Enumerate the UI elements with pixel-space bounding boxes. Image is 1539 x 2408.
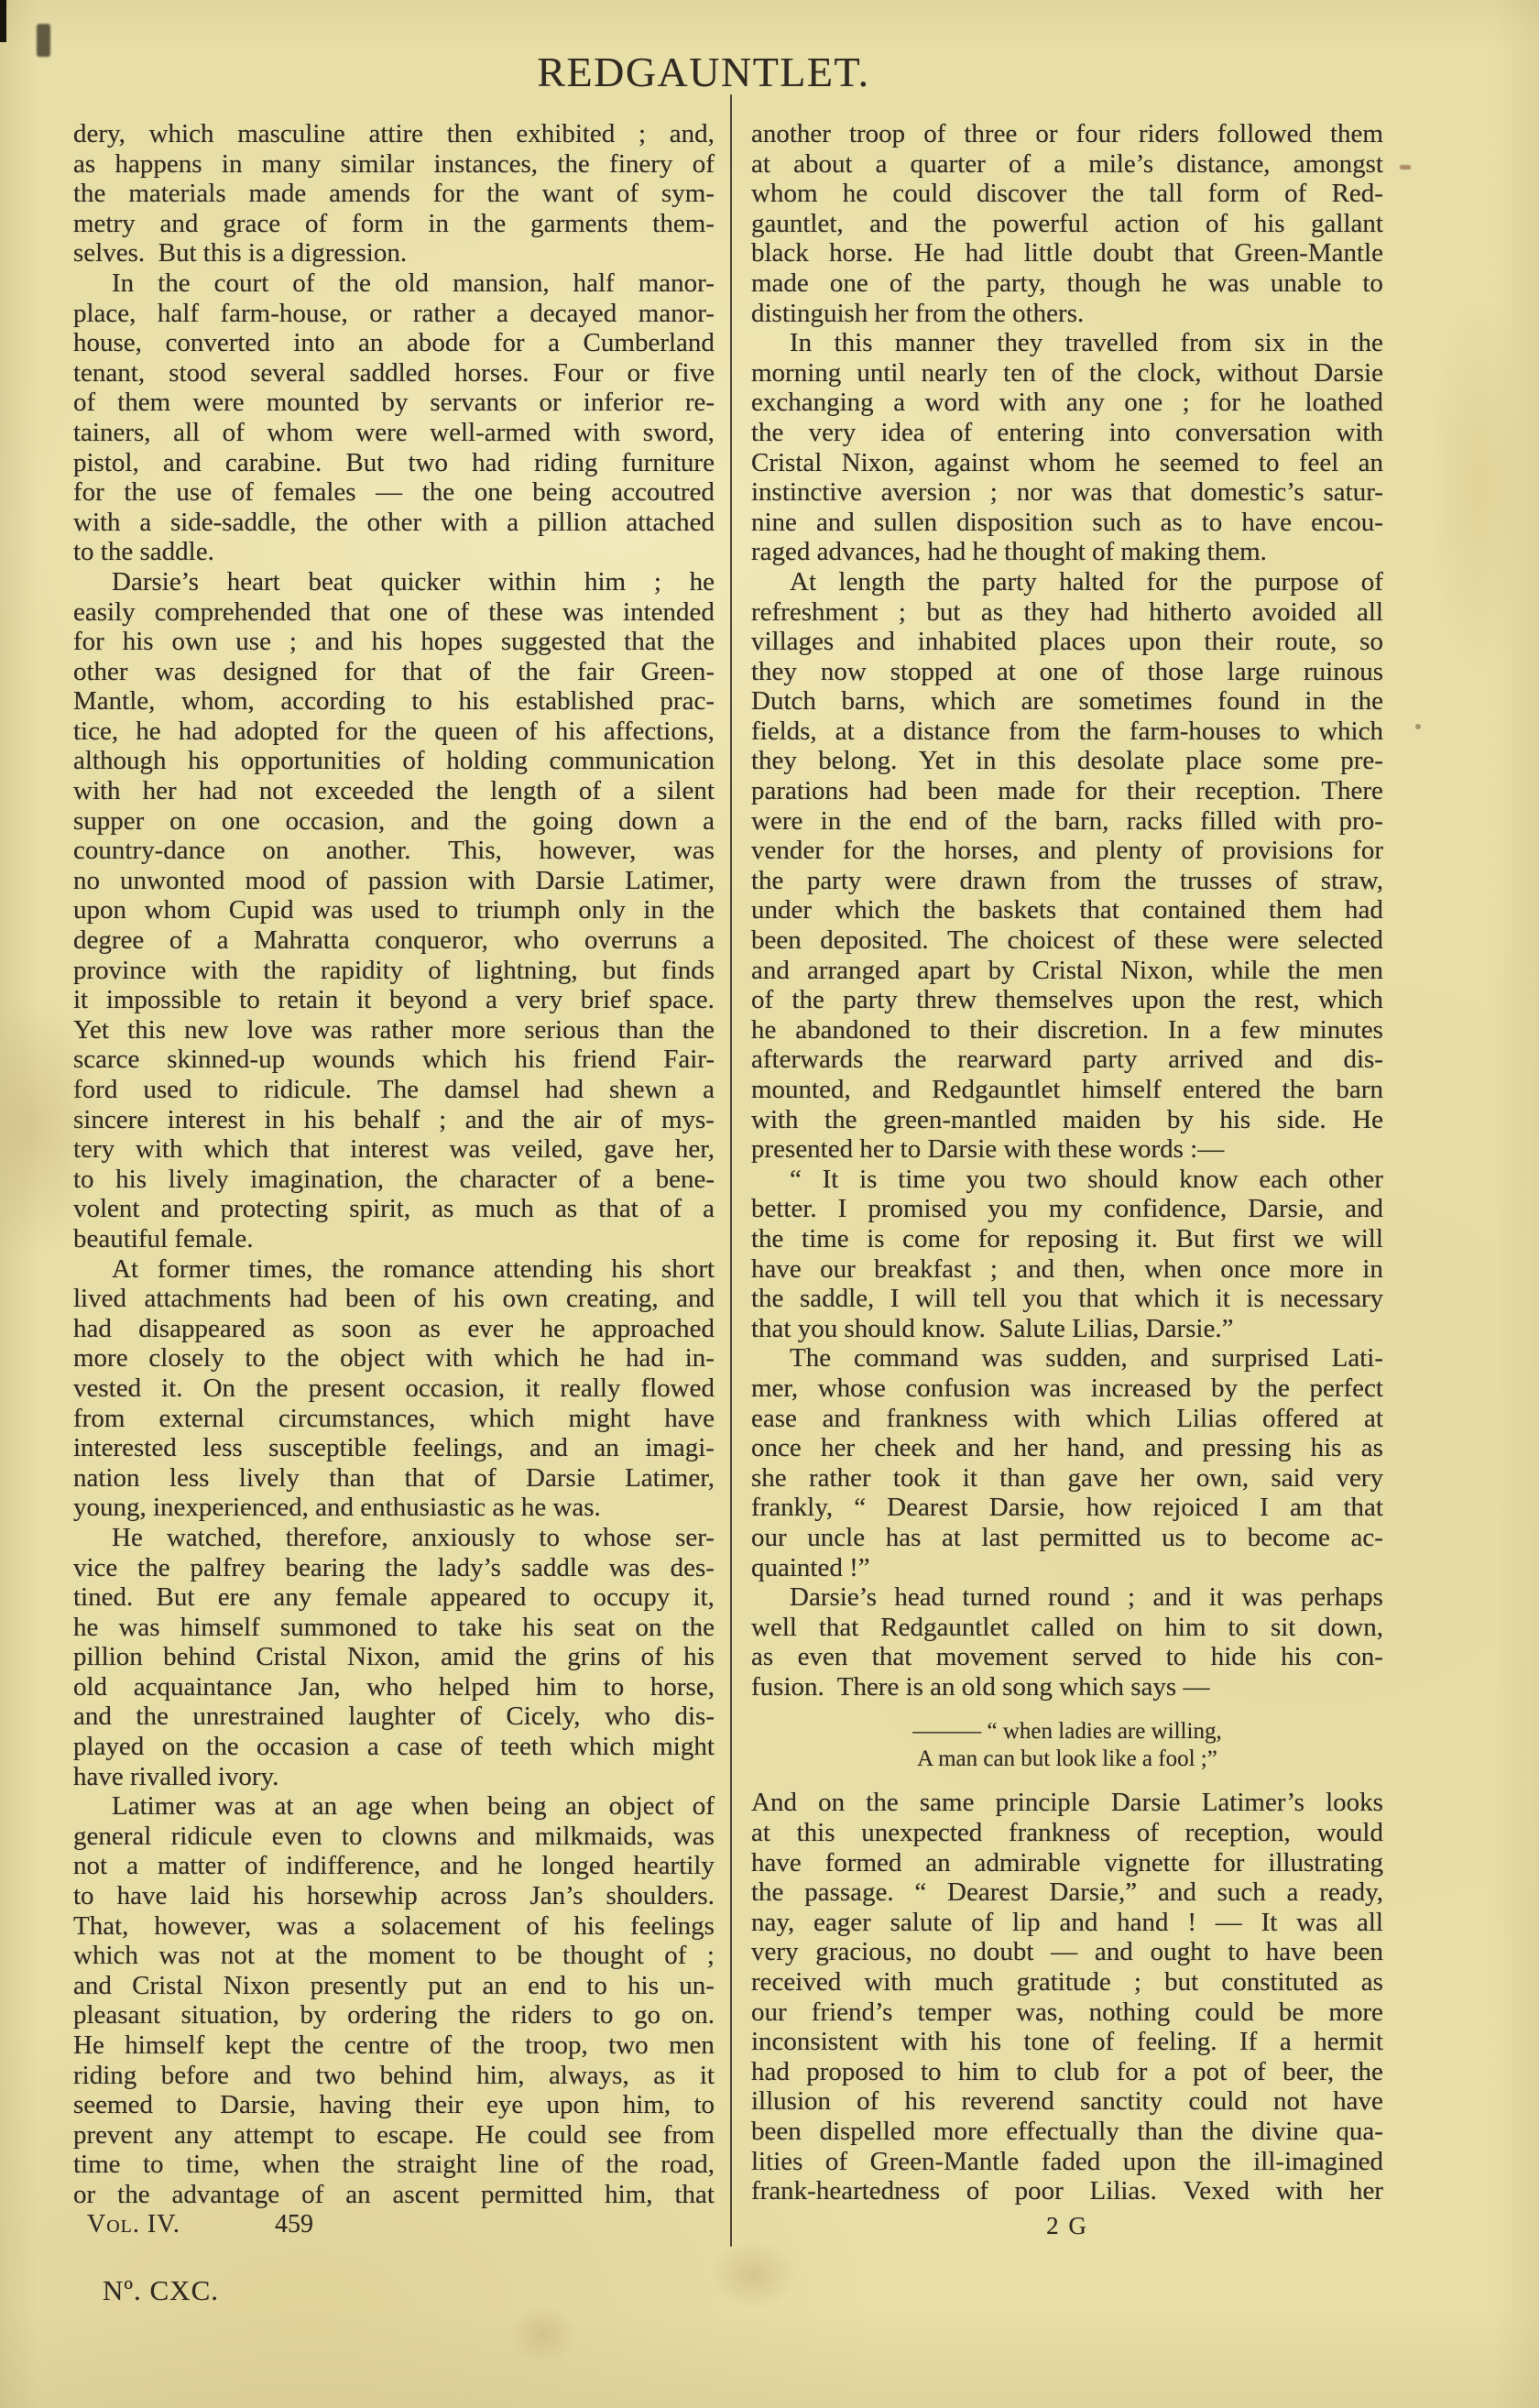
word: Four — [553, 358, 604, 389]
word: to — [411, 686, 432, 717]
word: the — [472, 2030, 504, 2061]
word: of — [1137, 1818, 1159, 1848]
word: carabine. — [225, 448, 322, 478]
text-line: young, inexperienced, and enthusiastic a… — [73, 1493, 715, 1523]
paragraph: anothertroopofthreeorfourridersfollowedt… — [751, 119, 1383, 328]
text-line: tainers,allofwhomwerewell-armedwithsword… — [73, 418, 715, 448]
word: with — [191, 956, 239, 986]
word: had — [751, 2057, 790, 2087]
word: the — [406, 1165, 438, 1195]
word: times, — [248, 1254, 312, 1285]
word: case — [397, 1732, 442, 1762]
word: own — [502, 1284, 548, 1314]
word: He — [73, 2030, 104, 2061]
word: upon — [547, 2090, 600, 2120]
word: of — [301, 2180, 323, 2210]
word: racks — [1127, 806, 1183, 837]
word: external — [158, 1404, 244, 1434]
word: had — [1345, 895, 1383, 925]
word: of — [693, 1791, 715, 1822]
word: the — [158, 268, 190, 299]
word: command — [854, 1343, 958, 1374]
word: the — [682, 1613, 715, 1643]
word: made — [248, 179, 306, 209]
word: barns, — [841, 686, 905, 717]
word: mile’s — [1088, 149, 1153, 180]
text-line: place,halffarm-house,orratheradecayedman… — [73, 299, 715, 329]
word: on — [635, 1613, 661, 1643]
word: rest, — [1255, 985, 1300, 1015]
word: should — [1087, 1165, 1158, 1195]
word: received — [751, 1967, 841, 1998]
word: you — [1022, 1284, 1063, 1314]
word: pre- — [1340, 746, 1383, 776]
word: drawn — [960, 866, 1026, 896]
word: queen — [434, 717, 497, 747]
word: On — [203, 1374, 235, 1404]
text-line: uponwhomCupidwasusedtotriumphonlyinthe — [73, 895, 715, 925]
word: very — [809, 418, 857, 448]
word: tery — [73, 1134, 115, 1165]
word: the — [1124, 866, 1156, 896]
word: but — [1164, 1967, 1198, 1998]
word: of — [305, 209, 327, 239]
word: provisions — [1222, 836, 1333, 866]
word: troop — [849, 119, 905, 149]
word: a — [703, 925, 715, 956]
word: attached — [626, 508, 715, 538]
word: farm-house, — [220, 299, 347, 329]
word: doubt — [973, 1937, 1033, 1967]
word: clock, — [1137, 358, 1201, 389]
word: riders — [511, 2000, 572, 2030]
word: horses. — [454, 358, 529, 389]
word: and — [73, 1702, 112, 1732]
word: horse. — [829, 238, 893, 268]
word: an — [1359, 448, 1383, 478]
word: use — [176, 477, 212, 508]
word: more — [452, 1015, 507, 1045]
word: a — [507, 508, 518, 538]
word: come — [902, 1224, 960, 1254]
text-line: fortheuseoffemales—theonebeingaccoutred — [73, 477, 715, 508]
word: in — [821, 806, 842, 837]
word: “ — [914, 1877, 926, 1908]
word: the — [824, 1105, 857, 1135]
word: triumph — [476, 895, 561, 925]
word: the — [436, 776, 468, 806]
word: the — [474, 209, 506, 239]
word: than — [1137, 2117, 1183, 2147]
word: horsewhip — [307, 1881, 418, 1911]
word: with — [426, 1343, 474, 1374]
word: permitted — [481, 2180, 583, 2210]
word: ; — [289, 627, 297, 657]
word: of — [232, 477, 254, 508]
word: and — [161, 1194, 200, 1224]
word: with — [751, 1105, 799, 1135]
word: an — [312, 1791, 337, 1822]
word: he — [1261, 388, 1285, 418]
word: which — [422, 1045, 487, 1075]
word: filled — [1200, 806, 1256, 837]
word: occasion, — [286, 806, 386, 837]
word: ill-imagined — [1253, 2147, 1383, 2177]
word: degree — [73, 925, 144, 956]
word: with — [1013, 1404, 1061, 1434]
word: But — [345, 448, 384, 478]
word: cheek — [874, 1433, 936, 1463]
word: the — [136, 1702, 168, 1732]
word: perhaps — [1301, 1582, 1383, 1613]
word: a — [1287, 1877, 1299, 1908]
word: at — [1364, 1404, 1383, 1434]
word: powerful — [992, 209, 1088, 239]
word: by — [381, 388, 408, 418]
word: were — [885, 866, 936, 896]
word: being — [487, 1791, 546, 1822]
word: retain — [278, 985, 338, 1015]
word: Lilias. — [1090, 2176, 1157, 2206]
word: vender — [751, 836, 824, 866]
word: that — [1079, 895, 1119, 925]
word: is — [867, 1224, 884, 1254]
text-line: volentandprotectingspirit,asmuchasthatof… — [73, 1194, 715, 1224]
text-line: fields,atadistancefromthefarm-housestowh… — [751, 717, 1383, 747]
text-line: venderforthehorses,andplentyofprovisions… — [751, 836, 1383, 866]
word: his — [970, 2027, 1001, 2057]
word: were — [751, 806, 802, 837]
word: occupy — [594, 1582, 671, 1613]
word: and — [676, 1284, 715, 1314]
word: it. — [1137, 1224, 1158, 1254]
word: upon — [73, 895, 126, 925]
word: exceeded — [315, 776, 414, 806]
word: had — [179, 717, 217, 747]
word: in — [222, 149, 243, 180]
word: summoned — [280, 1613, 397, 1643]
word: his — [1219, 1105, 1250, 1135]
word: he — [1115, 448, 1140, 478]
word: pistol, — [73, 448, 139, 478]
word: That, — [73, 1911, 128, 1942]
word: ready, — [1319, 1877, 1383, 1908]
text-line: oncehercheekandherhand,andpressinghisas — [751, 1433, 1383, 1463]
word: general — [73, 1822, 151, 1852]
word: it — [700, 2061, 715, 2091]
word: as — [419, 1314, 441, 1344]
word: uncle — [807, 1523, 865, 1553]
word: which — [149, 119, 214, 149]
word: a — [1053, 149, 1065, 180]
word: ascent — [393, 2180, 459, 2210]
word: in — [643, 895, 664, 925]
word: to — [1259, 448, 1280, 478]
word: closely — [148, 1343, 224, 1374]
word: with — [573, 418, 621, 448]
word: at — [275, 1941, 294, 1971]
word: once — [1220, 1254, 1271, 1285]
word: by — [1211, 1374, 1238, 1404]
word: form — [1208, 179, 1260, 209]
word: the — [751, 866, 783, 896]
text-line: house,convertedintoanabodeforaCumberland — [73, 328, 715, 358]
word: unexpected — [861, 1818, 982, 1848]
text-line: ofthepartythrewthemselvesupontherest,whi… — [751, 985, 1383, 1015]
word: to — [1362, 268, 1383, 299]
word: be — [517, 1941, 541, 1971]
text-line: Hewatched,therefore,anxiouslytowhoseser- — [73, 1523, 715, 1553]
word: that — [1131, 477, 1172, 508]
word: feelings, — [413, 1433, 504, 1463]
word: him — [536, 1672, 577, 1702]
word: sanctity — [1080, 2086, 1162, 2117]
word: into — [293, 328, 334, 358]
text-line: seemedtoDarsie,havingtheireyeuponhim,to — [73, 2090, 715, 2120]
word: his — [188, 746, 219, 776]
word: it — [525, 1374, 540, 1404]
word: from — [1180, 328, 1231, 358]
text-line: forhisownuse;andhishopessuggestedthatthe — [73, 627, 715, 657]
word: the — [1204, 985, 1236, 1015]
text-line: country-danceonanother.This,however,was — [73, 836, 715, 866]
word: object — [609, 1791, 674, 1822]
word: lady’s — [438, 1553, 501, 1583]
word: the — [751, 1284, 783, 1314]
word: his — [453, 1284, 485, 1314]
word: creating, — [566, 1284, 659, 1314]
word: form — [352, 209, 403, 239]
word: the — [332, 1254, 364, 1285]
word: Latimer, — [625, 1463, 715, 1494]
word: round — [1048, 1582, 1110, 1613]
issue-number: Nº. CXC. — [103, 2274, 219, 2307]
word: ; — [654, 567, 661, 597]
word: easily — [73, 597, 136, 628]
word: beat — [308, 567, 352, 597]
text-line: degreeofaMahrattaconqueror,whooverrunsa — [73, 925, 715, 956]
word: the — [606, 2150, 638, 2180]
word: only — [578, 895, 626, 925]
paper-stain — [710, 2240, 797, 2309]
word: hand — [1117, 1908, 1168, 1938]
word: of — [245, 1851, 267, 1881]
running-header-title: REDGAUNTLET. — [73, 48, 1334, 96]
word: a — [622, 1165, 634, 1195]
word: con- — [1336, 1642, 1383, 1672]
word: with — [73, 776, 121, 806]
word: they — [1023, 597, 1069, 628]
text-line: terywithwhichthatinterestwasveiled,gaveh… — [73, 1134, 715, 1165]
word: of — [693, 149, 715, 180]
word: Dearest — [887, 1493, 968, 1523]
word: and — [410, 806, 449, 837]
word: There — [1321, 776, 1383, 806]
word: dis- — [674, 1702, 715, 1732]
word: ; — [1183, 388, 1190, 418]
word: female — [335, 1582, 408, 1613]
word: breakfast — [874, 1254, 971, 1285]
word: her — [1141, 1463, 1174, 1494]
word: a — [548, 328, 560, 358]
word: object — [340, 1343, 405, 1374]
text-line: thepassage.“DearestDarsie,”andsuchaready… — [751, 1877, 1383, 1908]
word: whom — [1029, 448, 1096, 478]
word: and — [1095, 1937, 1133, 1967]
word: as — [981, 597, 1003, 628]
word: country-dance — [73, 836, 225, 866]
word: manor- — [639, 299, 715, 329]
paragraph: Inthecourtoftheoldmansion,halfmanor-plac… — [73, 268, 715, 567]
word: to — [586, 1971, 607, 2001]
word: love — [247, 1015, 293, 1045]
word: the — [256, 1374, 288, 1404]
word: could — [528, 2120, 586, 2151]
word: no — [930, 1937, 956, 1967]
word: mys- — [661, 1105, 715, 1135]
word: des- — [671, 1553, 715, 1583]
word: less — [202, 1433, 243, 1463]
word: by — [988, 956, 1015, 986]
word: the — [514, 1642, 546, 1672]
word: amongst — [1293, 149, 1383, 180]
word: and — [1152, 1582, 1191, 1613]
word: party — [1083, 1045, 1138, 1075]
word: he — [580, 1343, 605, 1374]
word: new — [184, 1015, 228, 1045]
word: his — [573, 1911, 605, 1942]
word: will — [915, 1284, 956, 1314]
word: confidence, — [1104, 1194, 1227, 1224]
word: confusion — [905, 1374, 1010, 1404]
ink-smudge-artifact — [37, 24, 50, 57]
word: the — [385, 717, 417, 747]
word: them — [1269, 895, 1322, 925]
word: and — [1151, 1343, 1189, 1374]
word: which — [73, 1941, 138, 1971]
word: and — [1059, 1908, 1097, 1938]
word: another — [751, 119, 831, 149]
word: and — [440, 1851, 478, 1881]
word: two — [408, 448, 448, 478]
word: we — [1293, 1224, 1324, 1254]
word: appeared — [431, 1582, 527, 1613]
word: such — [1217, 1877, 1266, 1908]
word: Darsie’s — [112, 567, 199, 597]
word: his — [555, 717, 586, 747]
word: exchanging — [751, 388, 874, 418]
page-number: 459 — [275, 2210, 313, 2239]
word: each — [1259, 1165, 1307, 1195]
word: disposition — [956, 508, 1073, 538]
word: abandoned — [795, 1015, 911, 1045]
text-line: nounwontedmoodofpassionwithDarsieLatimer… — [73, 866, 715, 896]
word: himself — [180, 1613, 260, 1643]
word: had — [73, 1314, 112, 1344]
word: parations — [751, 776, 848, 806]
word: comprehended — [155, 597, 311, 628]
word: even — [272, 1822, 322, 1852]
word: the — [73, 179, 105, 209]
word: Cristal — [132, 1971, 202, 2001]
word: pleasant — [73, 2000, 160, 2030]
word: with — [468, 866, 516, 896]
word: had — [545, 1075, 584, 1105]
word: about — [793, 149, 852, 180]
word: movement — [936, 1642, 1048, 1672]
word: that — [819, 1613, 859, 1643]
word: he — [690, 567, 715, 597]
word: sullen — [874, 508, 937, 538]
word: that — [674, 2180, 715, 2210]
word: hand, — [1067, 1433, 1126, 1463]
word: the — [1287, 956, 1319, 986]
text-line: Inthecourtoftheoldmansion,halfmanor- — [73, 268, 715, 299]
word: of — [461, 1732, 483, 1762]
word: saddle — [521, 1553, 589, 1583]
word: distance — [903, 717, 990, 747]
word: his — [628, 1971, 659, 2001]
word: having — [319, 2090, 391, 2120]
word: helped — [439, 1672, 509, 1702]
word: at — [835, 717, 855, 747]
word: was — [609, 1553, 650, 1583]
word: of — [562, 2150, 584, 2180]
text-line: easeandfranknesswithwhichLiliasofferedat — [751, 1404, 1383, 1434]
word: ever — [467, 1314, 513, 1344]
word: in — [976, 746, 997, 776]
word: the — [315, 508, 347, 538]
word: the — [933, 268, 965, 299]
word: shewn — [609, 1075, 677, 1105]
word: have — [664, 1404, 715, 1434]
word: was — [1296, 1908, 1337, 1938]
word: Darsie,” — [1049, 1877, 1137, 1908]
word: with — [999, 388, 1047, 418]
text-line: frank-heartednessofpoorLilias.Vexedwithh… — [751, 2176, 1383, 2206]
text-line: playedontheoccasionacaseofteethwhichmigh… — [73, 1732, 715, 1762]
word: less — [169, 1463, 210, 1494]
word: of — [971, 1908, 993, 1938]
word: in — [1304, 686, 1326, 717]
word: down, — [1317, 1613, 1383, 1643]
word: that — [1174, 238, 1215, 268]
word: Green-Mantle — [1234, 238, 1383, 268]
word: took — [893, 1463, 941, 1494]
word: halted — [1059, 567, 1124, 597]
word: manor- — [639, 268, 715, 299]
word: gratitude — [1017, 1967, 1111, 1998]
word: themselves — [995, 985, 1113, 1015]
word: more — [73, 1343, 128, 1374]
word: unable — [1271, 268, 1341, 299]
word: at — [997, 657, 1016, 687]
word: have — [1241, 508, 1292, 538]
word: for — [1075, 776, 1107, 806]
word: their — [1205, 627, 1253, 657]
word: the — [315, 1941, 347, 1971]
word: feel — [1299, 448, 1338, 478]
word: the — [475, 806, 507, 837]
text-line: verygracious,nodoubt—andoughttohavebeen — [751, 1937, 1383, 1967]
word: his — [522, 1613, 553, 1643]
paragraph: Darsie’sheartbeatquickerwithinhim;heeasi… — [73, 567, 715, 1254]
word: of — [825, 2147, 847, 2177]
word: In — [1168, 1015, 1190, 1045]
word: to — [73, 1881, 94, 1911]
word: If — [1239, 2027, 1257, 2057]
word: which — [1318, 717, 1383, 747]
